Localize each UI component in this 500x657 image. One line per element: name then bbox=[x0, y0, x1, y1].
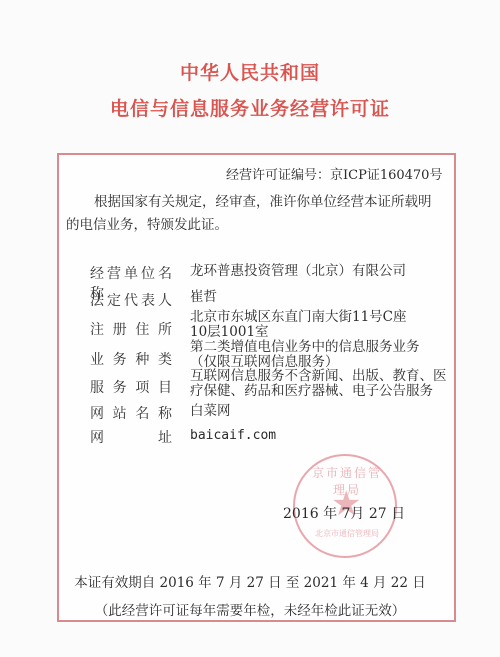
field-label-legal-rep: 法定代表人 bbox=[90, 290, 172, 310]
field-value-site-name: 白菜网 bbox=[190, 404, 440, 419]
field-label-address: 注册住所 bbox=[90, 319, 172, 339]
validity-period: 本证有效期自 2016 年 7 月 27 日 至 2021 年 4 月 22 日 bbox=[0, 571, 500, 591]
license-number: 经营许可证编号：京ICP证160470号 bbox=[226, 164, 442, 183]
field-label-site-name: 网站名称 bbox=[90, 403, 172, 423]
intro-paragraph: 根据国家有关规定，经审查，准许你单位经营本证所载明的电信业务，特颁发此证。 bbox=[66, 191, 444, 237]
certificate-title: 电信与信息服务业务经营许可证 bbox=[0, 94, 500, 121]
field-label-service-items: 服务项目 bbox=[90, 377, 172, 397]
seal-bottom-text: 北京市通信管理局 bbox=[311, 528, 383, 539]
field-value-address: 北京市东城区东直门南大街11号C座10层1001室 bbox=[190, 310, 415, 340]
field-value-legal-rep: 崔哲 bbox=[190, 290, 440, 305]
field-value-company: 龙环普惠投资管理（北京）有限公司 bbox=[190, 264, 440, 279]
certificate-title-country: 中华人民共和国 bbox=[0, 58, 500, 85]
field-value-url: baicaif.com bbox=[190, 428, 440, 443]
annual-inspection-note: （此经营许可证每年需要年检，未经年检此证无效） bbox=[0, 599, 500, 619]
field-value-service-items: 互联网信息服务不含新闻、出版、教育、医疗保健、药品和医疗器械、电子公告服务 bbox=[190, 369, 448, 399]
issue-date: 2016 年 7月 27 日 bbox=[283, 503, 405, 523]
field-label-url: 网址 bbox=[90, 427, 172, 447]
field-label-business-type: 业务种类 bbox=[90, 349, 172, 369]
field-value-business-type: 第二类增值电信业务中的信息服务业务（仅限互联网信息服务） bbox=[190, 340, 430, 370]
